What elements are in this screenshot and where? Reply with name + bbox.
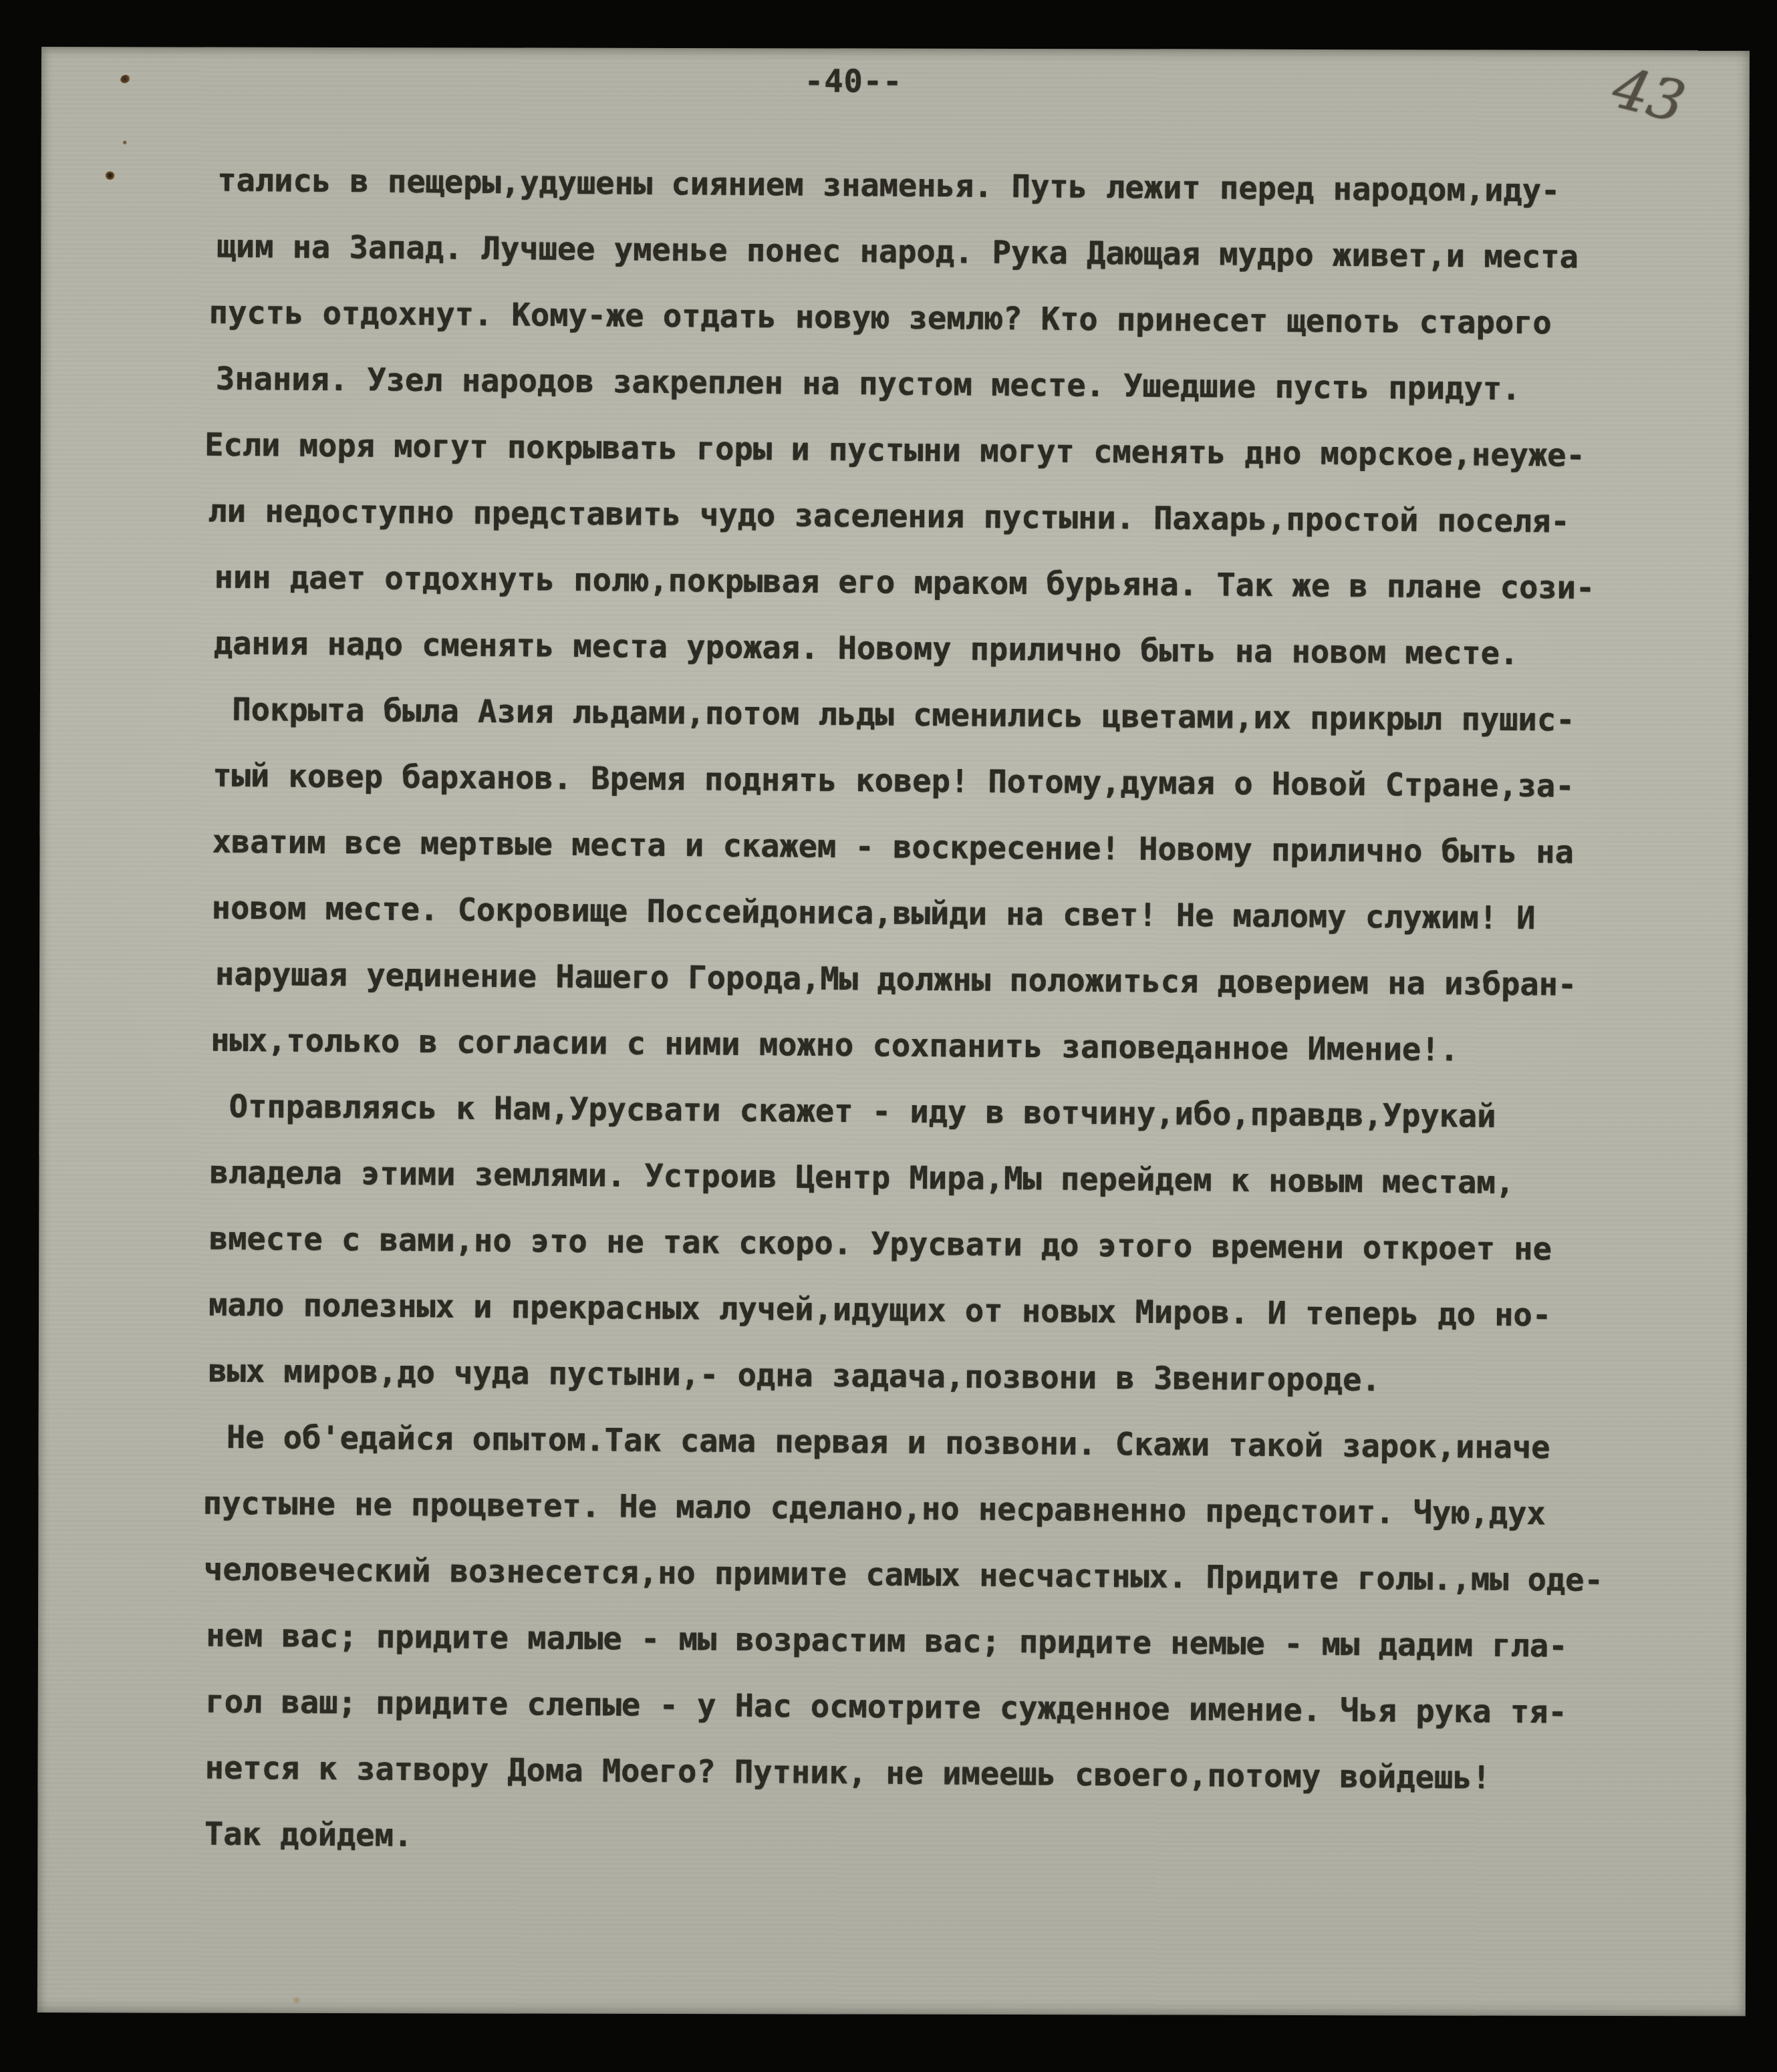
text-line: пустыне не процветет. Не мало сделано,но… (202, 1470, 1604, 1547)
foxing-spot (123, 140, 127, 144)
text-line: нем вас; придите малые - мы возрастим ва… (206, 1602, 1603, 1679)
text-line: владела этими землями. Устроив Центр Мир… (209, 1140, 1607, 1217)
text-line: ли недоступно представить чудо заселения… (208, 478, 1612, 555)
text-line: Не об'едайся опытом.Так сама первая и по… (207, 1404, 1605, 1481)
text-line: щим на Запад. Лучшее уменье понес народ.… (217, 214, 1614, 291)
text-line: дания надо сменять места урожая. Новому … (213, 611, 1611, 688)
text-line: ных,только в согласии с ними можно сохпа… (211, 1008, 1608, 1084)
text-line: Так дойдем. (204, 1801, 1601, 1878)
text-line: вых миров,до чуда пустыни,- одна задача,… (208, 1338, 1605, 1415)
text-line: мало полезных и прекрасных лучей,идущих … (209, 1272, 1606, 1349)
text-line: нется к затвору Дома Моего? Путник, не и… (204, 1735, 1602, 1811)
text-line: человеческий вознесется,но примите самых… (204, 1536, 1604, 1613)
foxing-spot (119, 73, 132, 85)
typed-page-number: -40-- (805, 63, 903, 100)
handwritten-page-number: 43 (1607, 54, 1692, 135)
text-line: Если моря могут покрывать горы и пустыни… (204, 412, 1613, 489)
text-line: Знания. Узел народов закреплен на пустом… (216, 346, 1613, 423)
text-line: Отправляясь к Нам,Урусвати скажет - иду … (210, 1074, 1607, 1151)
text-line: новом месте. Сокровище Поссейдониса,выйд… (211, 875, 1609, 952)
text-line: гол ваш; придите слепые - у Нас осмотрит… (205, 1668, 1603, 1745)
foxing-spot (293, 1997, 301, 2004)
text-line: тый ковер барханов. Время поднять ковер!… (213, 743, 1610, 820)
foxing-spot (106, 171, 115, 180)
typewritten-text: тались в пещеры,удушены сиянием знаменья… (204, 148, 1614, 1878)
text-line: тались в пещеры,удушены сиянием знаменья… (217, 148, 1615, 225)
text-line: Покрыта была Азия льдами,потом льды смен… (213, 677, 1611, 754)
text-line: нин дает отдохнуть полю,покрывая его мра… (214, 545, 1611, 621)
document-page: -40-- 43 тались в пещеры,удушены сиянием… (37, 47, 1750, 2016)
text-line: хватим все мертвые места и скажем - воск… (212, 809, 1609, 886)
text-line: нарушая уединение Нашего Города,Мы должн… (215, 941, 1609, 1018)
text-line: пусть отдохнут. Кому-же отдать новую зем… (209, 279, 1613, 356)
scan-background: -40-- 43 тались в пещеры,удушены сиянием… (0, 0, 1777, 2072)
text-line: вместе с вами,но это не так скоро. Урусв… (209, 1206, 1606, 1283)
